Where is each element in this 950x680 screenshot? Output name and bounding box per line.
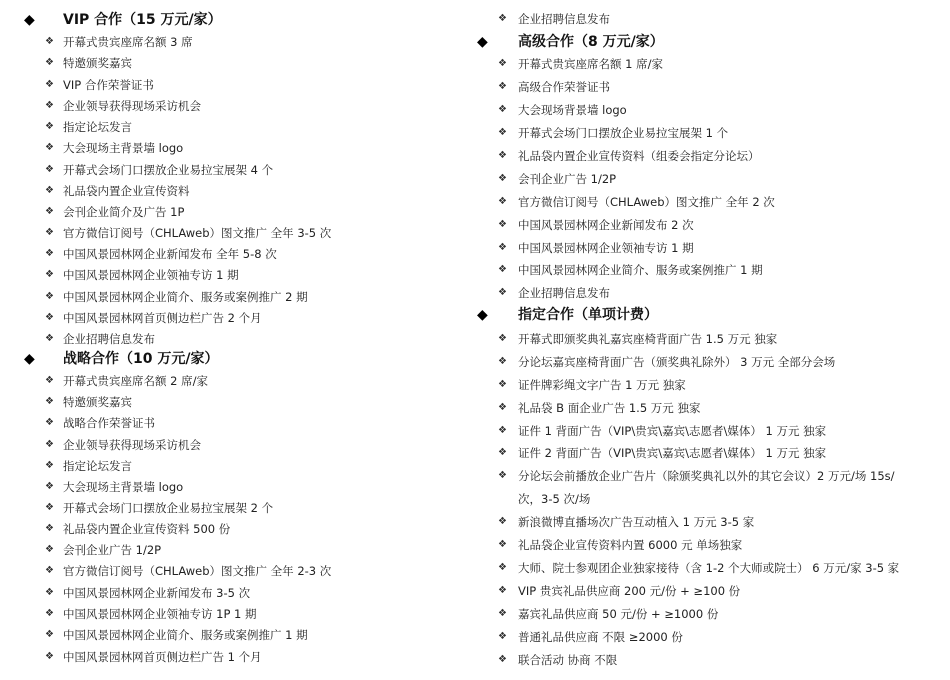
clover-bullet-icon: ❖ [45, 310, 54, 326]
clover-bullet-icon: ❖ [498, 79, 507, 95]
clover-bullet-icon: ❖ [498, 125, 507, 141]
clover-bullet-icon: ❖ [498, 560, 507, 576]
clover-bullet-icon: ❖ [498, 194, 507, 210]
clover-bullet-icon: ❖ [45, 542, 54, 558]
clover-bullet-icon: ❖ [498, 354, 507, 370]
clover-bullet-icon: ❖ [45, 289, 54, 305]
clover-bullet-icon: ❖ [498, 217, 507, 233]
clover-bullet-icon: ❖ [498, 240, 507, 256]
diamond-bullet-icon: ◆ [24, 350, 35, 368]
clover-bullet-icon: ❖ [45, 140, 54, 156]
section-title: 高级合作（8 万元/家） [518, 33, 664, 51]
clover-bullet-icon: ❖ [498, 262, 507, 278]
clover-bullet-icon: ❖ [45, 119, 54, 135]
clover-bullet-icon: ❖ [45, 394, 54, 410]
clover-bullet-icon: ❖ [498, 285, 507, 301]
clover-bullet-icon: ❖ [45, 373, 54, 389]
clover-bullet-icon: ❖ [45, 183, 54, 199]
clover-bullet-icon: ❖ [498, 102, 507, 118]
clover-bullet-icon: ❖ [498, 423, 507, 439]
clover-bullet-icon: ❖ [45, 479, 54, 495]
clover-bullet-icon: ❖ [498, 583, 507, 599]
clover-bullet-icon: ❖ [498, 377, 507, 393]
clover-bullet-icon: ❖ [45, 77, 54, 93]
section-title: VIP 合作（15 万元/家） [63, 11, 222, 29]
clover-bullet-icon: ❖ [498, 400, 507, 416]
clover-bullet-icon: ❖ [498, 331, 507, 347]
clover-bullet-icon: ❖ [498, 537, 507, 553]
clover-bullet-icon: ❖ [45, 204, 54, 220]
clover-bullet-icon: ❖ [498, 468, 507, 484]
clover-bullet-icon: ❖ [45, 437, 54, 453]
clover-bullet-icon: ❖ [45, 98, 54, 114]
clover-bullet-icon: ❖ [498, 514, 507, 530]
clover-bullet-icon: ❖ [45, 331, 54, 347]
diamond-bullet-icon: ◆ [477, 306, 488, 324]
clover-bullet-icon: ❖ [45, 267, 54, 283]
clover-bullet-icon: ❖ [45, 649, 54, 665]
clover-bullet-icon: ❖ [498, 629, 507, 645]
section-title: 战略合作（10 万元/家） [63, 350, 218, 368]
clover-bullet-icon: ❖ [498, 652, 507, 668]
diamond-bullet-icon: ◆ [24, 11, 35, 29]
clover-bullet-icon: ❖ [498, 606, 507, 622]
clover-bullet-icon: ❖ [45, 162, 54, 178]
clover-bullet-icon: ❖ [498, 148, 507, 164]
clover-bullet-icon: ❖ [45, 34, 54, 50]
clover-bullet-icon: ❖ [498, 445, 507, 461]
clover-bullet-icon: ❖ [45, 606, 54, 622]
clover-bullet-icon: ❖ [45, 225, 54, 241]
clover-bullet-icon: ❖ [498, 56, 507, 72]
clover-bullet-icon: ❖ [45, 246, 54, 262]
clover-bullet-icon: ❖ [45, 458, 54, 474]
clover-bullet-icon: ❖ [45, 521, 54, 537]
clover-bullet-icon: ❖ [498, 11, 507, 27]
clover-bullet-icon: ❖ [45, 55, 54, 71]
clover-bullet-icon: ❖ [45, 500, 54, 516]
section-title: 指定合作（单项计费） [518, 306, 658, 324]
clover-bullet-icon: ❖ [45, 627, 54, 643]
clover-bullet-icon: ❖ [45, 563, 54, 579]
clover-bullet-icon: ❖ [498, 171, 507, 187]
clover-bullet-icon: ❖ [45, 585, 54, 601]
clover-bullet-icon: ❖ [45, 415, 54, 431]
diamond-bullet-icon: ◆ [477, 33, 488, 51]
